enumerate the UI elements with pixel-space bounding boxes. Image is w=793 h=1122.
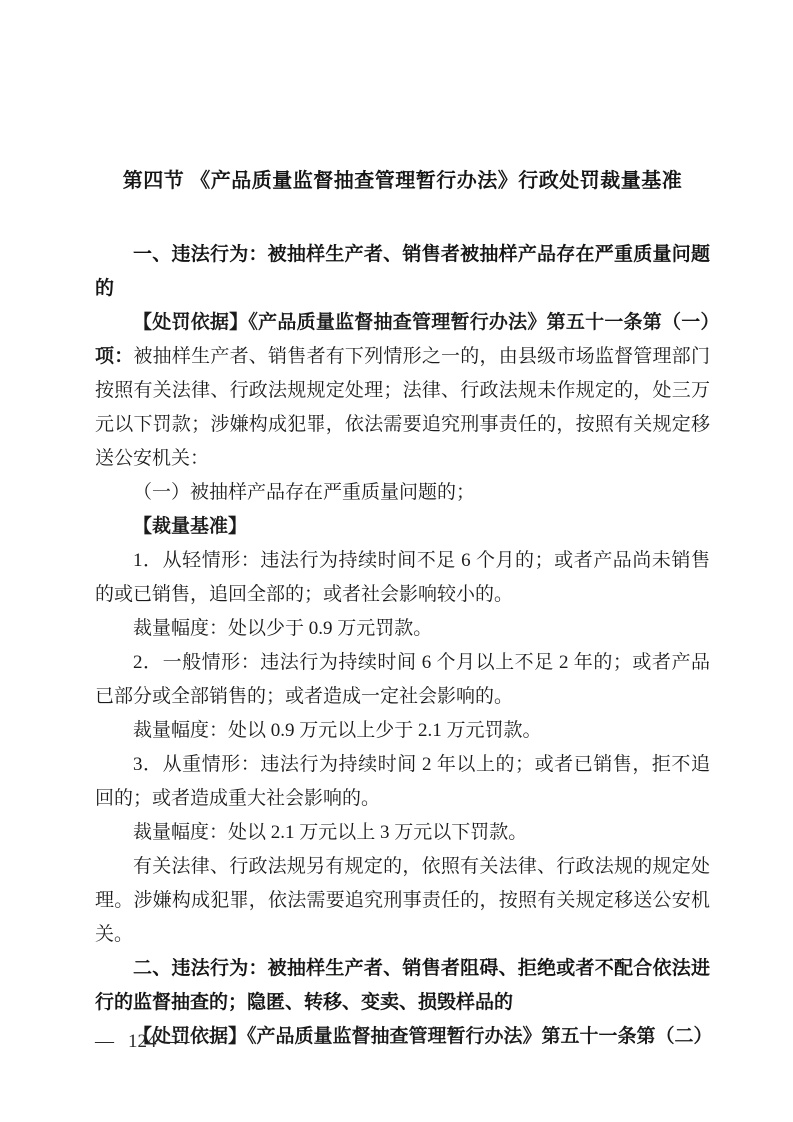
general-circumstance: 2．一般情形：违法行为持续时间 6 个月以上不足 2 年的；或者产品已部分或全部… [95, 646, 710, 714]
general-circumstance-range: 裁量幅度：处以 0.9 万元以上少于 2.1 万元罚款。 [95, 714, 710, 748]
item-one-serious-quality: （一）被抽样产品存在严重质量问题的； [95, 476, 710, 510]
page-number: 124 [128, 1030, 157, 1054]
document-page: 第四节 《产品质量监督抽查管理暂行办法》行政处罚裁量基准 一、违法行为：被抽样生… [0, 0, 793, 1122]
other-provisions-note: 有关法律、行政法规另有规定的，依照有关法律、行政法规的规定处理。涉嫌构成犯罪，依… [95, 850, 710, 952]
light-circumstance-range: 裁量幅度：处以少于 0.9 万元罚款。 [95, 612, 710, 646]
heading-violation-1: 一、违法行为：被抽样生产者、销售者被抽样产品存在严重质量问题的 [95, 238, 710, 306]
penalty-basis-1: 【处罚依据】《产品质量监督抽查管理暂行办法》第五十一条第（一）项：被抽样生产者、… [95, 306, 710, 476]
heading-violation-2: 二、违法行为：被抽样生产者、销售者阻碍、拒绝或者不配合依法进行的监督抽查的；隐匿… [95, 952, 710, 1020]
footer-dash-right: — [171, 1030, 190, 1054]
light-circumstance: 1．从轻情形：违法行为持续时间不足 6 个月的；或者产品尚未销售的或已销售，追回… [95, 544, 710, 612]
section-title: 第四节 《产品质量监督抽查管理暂行办法》行政处罚裁量基准 [95, 166, 710, 196]
severe-circumstance: 3．从重情形：违法行为持续时间 2 年以上的；或者已销售，拒不追回的；或者造成重… [95, 748, 710, 816]
benchmark-heading: 【裁量基准】 [95, 510, 710, 544]
footer-dash-left: — [95, 1030, 114, 1054]
document-body: 一、违法行为：被抽样生产者、销售者被抽样产品存在严重质量问题的 【处罚依据】《产… [95, 238, 710, 1054]
penalty-basis-1-body: 被抽样生产者、销售者有下列情形之一的，由县级市场监督管理部门按照有关法律、行政法… [95, 346, 710, 469]
severe-circumstance-range: 裁量幅度：处以 2.1 万元以上 3 万元以下罚款。 [95, 816, 710, 850]
page-footer: —124— [95, 1030, 190, 1054]
